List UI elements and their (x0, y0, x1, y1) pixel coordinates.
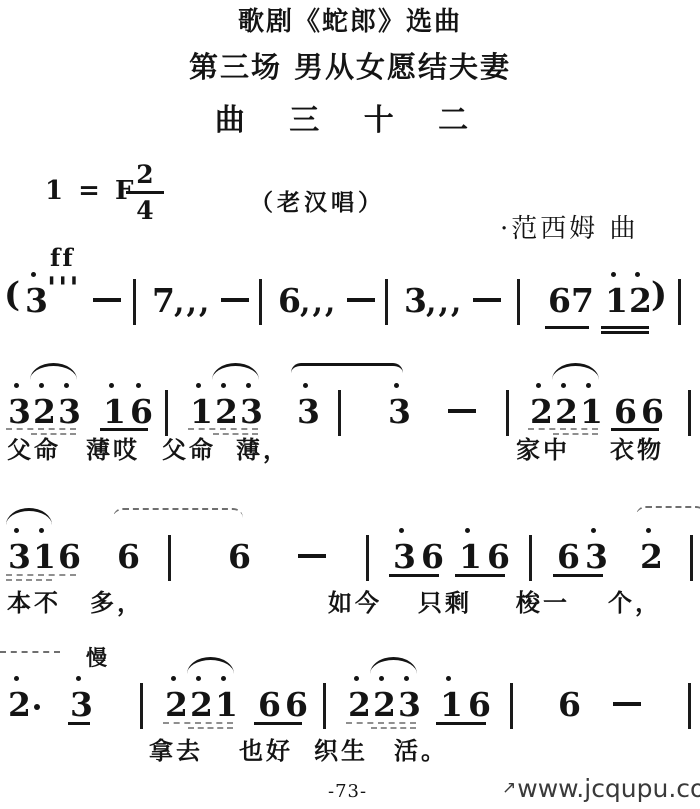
sheet-music-page: 歌剧《蛇郎》选曲 第三场 男从女愿结夫妻 曲 三 十 二 1 = F 2 4 （… (0, 0, 700, 809)
underline-beam (254, 722, 302, 725)
tempo-marking: 慢 (86, 648, 107, 669)
lyric-word: 织生 (314, 739, 368, 763)
page-number: -73- (328, 781, 367, 802)
jianpu-note: 3 (70, 688, 93, 721)
jianpu-note: 2 (33, 395, 56, 428)
barline (259, 279, 262, 325)
slur-arc (370, 657, 417, 674)
lyric-word: 父命 (162, 438, 216, 462)
underline-beam (188, 727, 233, 729)
lyric-word: 活。 (394, 739, 448, 763)
octave-dot (14, 383, 19, 388)
jianpu-note: 2 (190, 688, 213, 721)
barline (366, 535, 369, 581)
jianpu-note: 6 (228, 540, 251, 573)
group-paren: ) (651, 278, 667, 312)
tremolo-marks: ,,, (426, 288, 463, 318)
jianpu-note: 6 (278, 284, 301, 317)
slur-arc (212, 363, 259, 380)
jianpu-note: 1 (605, 284, 628, 317)
jianpu-note: 7 (571, 284, 594, 317)
jianpu-note: 3 (8, 395, 31, 428)
jianpu-note: 3 (585, 540, 608, 573)
lyric-word: 只剩 (418, 591, 472, 615)
jianpu-note: 2 (215, 395, 238, 428)
barline (678, 279, 681, 325)
tremolo-marks: ''' (47, 274, 81, 304)
underline-beam (346, 722, 416, 724)
octave-dot (14, 528, 19, 533)
octave-dot (76, 676, 81, 681)
slur-arc (552, 363, 599, 380)
underline-beam (436, 722, 486, 725)
jianpu-note: 2 (8, 688, 31, 721)
barline (323, 683, 326, 729)
underline-beam (188, 428, 258, 430)
jianpu-note: 6 (421, 540, 444, 573)
jianpu-note: 3 (240, 395, 263, 428)
barline (385, 279, 388, 325)
jianpu-note: 1 (580, 395, 603, 428)
underline-beam (455, 574, 505, 577)
lyric-word: 本不 (7, 591, 61, 615)
octave-dot (303, 383, 308, 388)
duration-dash (347, 298, 375, 302)
octave-dot (465, 528, 470, 533)
octave-dot (586, 383, 591, 388)
jianpu-note: 1 (33, 540, 56, 573)
barline (517, 279, 520, 325)
dynamic-marking: ff (50, 246, 75, 270)
barline (510, 683, 513, 729)
octave-dot (379, 676, 384, 681)
octave-dot (221, 676, 226, 681)
underline-beam (100, 428, 148, 431)
jianpu-note: 6 (558, 688, 581, 721)
octave-dot (246, 383, 251, 388)
tremolo-marks: ,,, (174, 288, 211, 318)
underline-beam (601, 331, 649, 334)
barline (168, 535, 171, 581)
jianpu-note: 3 (58, 395, 81, 428)
jianpu-note: 6 (614, 395, 637, 428)
underline-beam (68, 722, 90, 725)
duration-dash (613, 702, 641, 706)
jianpu-note: 6 (641, 395, 664, 428)
barline (338, 390, 341, 436)
jianpu-note: 6 (487, 540, 510, 573)
jianpu-note: 6 (117, 540, 140, 573)
duration-dash (298, 554, 326, 558)
barline (688, 683, 691, 729)
octave-dot (39, 383, 44, 388)
octave-dot (646, 528, 651, 533)
octave-dot (109, 383, 114, 388)
octave-dot (561, 383, 566, 388)
group-paren: ( (4, 278, 20, 312)
lyric-word: 多， (90, 591, 144, 615)
duration-dash (448, 409, 476, 413)
octave-dot (196, 676, 201, 681)
tremolo-marks: ,,, (300, 288, 337, 318)
octave-dot (354, 676, 359, 681)
underline-beam (163, 722, 233, 724)
jianpu-note: 3 (8, 540, 31, 573)
slur-arc (187, 657, 234, 674)
lyric-word: 也好 (239, 739, 293, 763)
tie-arc (113, 508, 243, 522)
duration-dash (473, 298, 501, 302)
octave-dot (536, 383, 541, 388)
octave-dot (196, 383, 201, 388)
jianpu-note: 7 (152, 284, 175, 317)
barline (165, 390, 168, 436)
octave-dot (136, 383, 141, 388)
duration-dash (93, 298, 121, 302)
jianpu-note: 6 (548, 284, 571, 317)
jianpu-note: 2 (348, 688, 371, 721)
lyric-word: 衣物 (610, 438, 664, 462)
jianpu-note: 1 (440, 688, 463, 721)
underline-beam (553, 574, 603, 577)
augmentation-dot (34, 704, 40, 710)
octave-dot (404, 676, 409, 681)
lyric-word: 家中 (516, 438, 570, 462)
barline (140, 683, 143, 729)
lyric-word: 父命 (7, 438, 61, 462)
octave-dot (394, 383, 399, 388)
jianpu-note: 6 (58, 540, 81, 573)
jianpu-note: 3 (398, 688, 421, 721)
barline (133, 279, 136, 325)
octave-dot (64, 383, 69, 388)
duration-dash (221, 298, 249, 302)
underline-beam (601, 326, 649, 329)
score-canvas: (3'''7,,,6,,,3,,,6712)ff3231612333221663… (0, 0, 700, 809)
jianpu-note: 6 (468, 688, 491, 721)
underline-beam (6, 579, 52, 581)
jianpu-note: 1 (190, 395, 213, 428)
tie-arc (291, 363, 403, 378)
jianpu-note: 3 (388, 395, 411, 428)
underline-beam (611, 428, 659, 431)
octave-dot (171, 676, 176, 681)
barline (529, 535, 532, 581)
lyric-word: 薄， (236, 438, 290, 462)
watermark: ↗www.jcqupu.com (502, 774, 700, 803)
underline-beam (6, 574, 76, 576)
barline (506, 390, 509, 436)
octave-dot (446, 676, 451, 681)
lyric-word: 个， (608, 591, 662, 615)
jianpu-note: 3 (297, 395, 320, 428)
octave-dot (635, 272, 640, 277)
jianpu-note: 6 (130, 395, 153, 428)
underline-beam (389, 574, 439, 577)
octave-dot (611, 272, 616, 277)
arrow-icon: ↗ (502, 778, 516, 798)
lyric-word: 拿去 (149, 739, 203, 763)
slur-arc (6, 508, 52, 525)
jianpu-note: 6 (258, 688, 281, 721)
barline (688, 390, 691, 436)
jianpu-note: 6 (285, 688, 308, 721)
jianpu-note: 1 (103, 395, 126, 428)
jianpu-note: 1 (459, 540, 482, 573)
jianpu-note: 2 (530, 395, 553, 428)
jianpu-note: 2 (629, 284, 652, 317)
lyric-word: 薄哎 (86, 438, 140, 462)
jianpu-note: 3 (404, 284, 427, 317)
underline-beam (6, 428, 76, 430)
watermark-url: www.jcqupu.com (517, 774, 700, 803)
lyric-word: 如今 (328, 591, 382, 615)
tie-arc (0, 651, 60, 653)
octave-dot (221, 383, 226, 388)
jianpu-note: 2 (165, 688, 188, 721)
jianpu-note: 3 (393, 540, 416, 573)
jianpu-note: 2 (640, 540, 663, 573)
octave-dot (39, 528, 44, 533)
jianpu-note: 3 (25, 284, 48, 317)
octave-dot (399, 528, 404, 533)
underline-beam (528, 428, 598, 430)
jianpu-note: 6 (557, 540, 580, 573)
octave-dot (31, 272, 36, 277)
slur-arc (30, 363, 77, 380)
barline (690, 535, 693, 581)
underline-beam (545, 326, 589, 329)
tie-arc (636, 506, 700, 520)
lyric-word: 梭一 (516, 591, 570, 615)
octave-dot (591, 528, 596, 533)
jianpu-note: 2 (373, 688, 396, 721)
underline-beam (371, 727, 416, 729)
jianpu-note: 2 (555, 395, 578, 428)
octave-dot (14, 676, 19, 681)
jianpu-note: 1 (215, 688, 238, 721)
